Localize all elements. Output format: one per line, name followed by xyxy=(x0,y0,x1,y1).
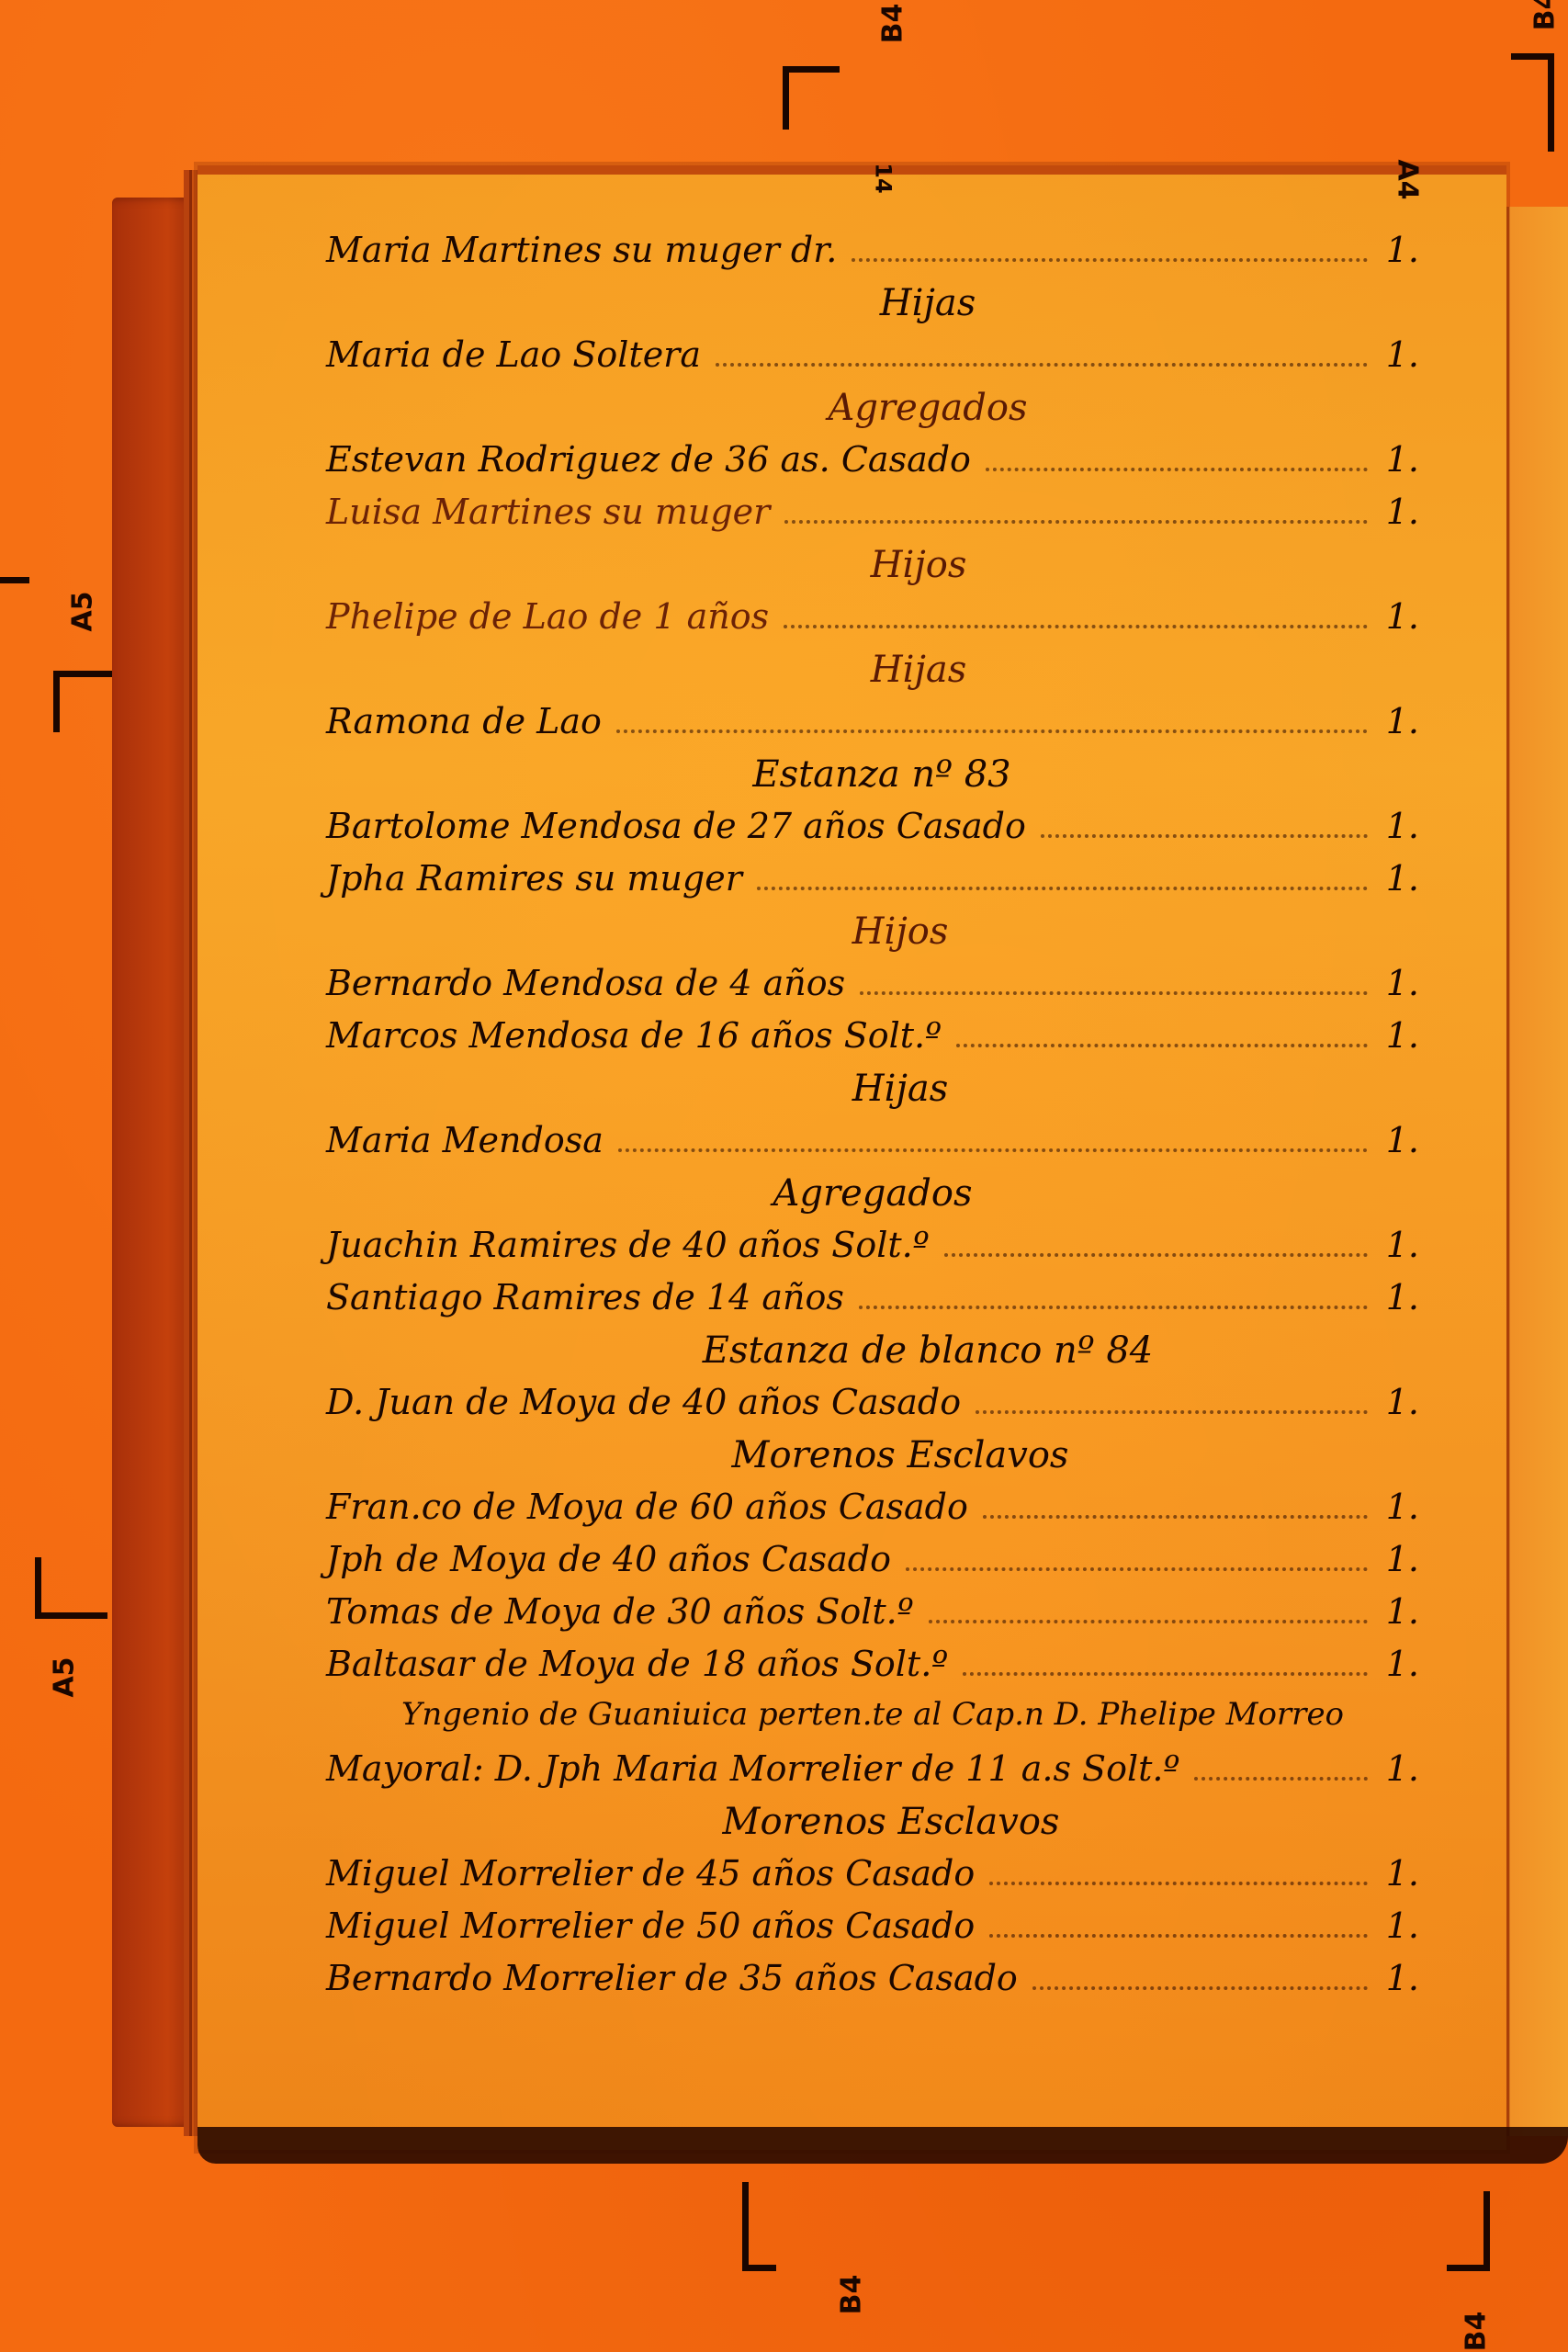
heading-text: Agregados xyxy=(718,387,1028,429)
census-entry: Marcos Mendosa de 16 años Solt.º 1. xyxy=(326,1015,1419,1068)
entry-text: Estevan Rodriguez de 36 as. Casado xyxy=(326,439,971,480)
census-entry: Estevan Rodriguez de 36 as. Casado 1. xyxy=(326,439,1419,492)
leader-dots xyxy=(989,1861,1368,1885)
entry-tally: 1. xyxy=(1382,963,1419,1003)
entry-tally: 1. xyxy=(1382,334,1419,375)
crop-mark-bottom-right xyxy=(1447,2191,1490,2271)
crop-mark-top-left xyxy=(783,66,840,130)
entry-tally: 1. xyxy=(1382,1905,1419,1946)
entry-tally: 1. xyxy=(1382,230,1419,270)
crop-mark-left-upper xyxy=(53,671,119,732)
entry-text: Maria de Lao Soltera xyxy=(326,334,701,375)
margin-label-left-upper: A5 xyxy=(67,591,99,631)
leader-dots xyxy=(989,1914,1368,1938)
heading-text: Estanza de blanco nº 84 xyxy=(592,1329,1153,1372)
entry-text: Jpha Ramires su muger xyxy=(326,858,742,899)
entry-tally: 1. xyxy=(1382,1644,1419,1684)
crop-mark-left-upper-tick xyxy=(0,577,29,583)
census-entries: Maria Martines su muger dr. 1. Hijas Mar… xyxy=(326,230,1419,2010)
section-heading: Hijos xyxy=(326,910,1419,963)
census-entry: Santiago Ramires de 14 años 1. xyxy=(326,1277,1419,1329)
leader-dots xyxy=(983,1495,1368,1519)
leader-dots xyxy=(618,1128,1368,1152)
leader-dots xyxy=(1041,814,1368,838)
entry-text: Miguel Morrelier de 45 años Casado xyxy=(326,1853,975,1894)
entry-text: Maria Mendosa xyxy=(326,1120,604,1160)
leader-dots xyxy=(956,1023,1368,1047)
margin-label-top-right: B4 xyxy=(1529,0,1561,30)
facing-page-edge xyxy=(1506,207,1568,2136)
census-entry: Bernardo Morrelier de 35 años Casado 1. xyxy=(326,1958,1419,2010)
entry-tally: 1. xyxy=(1382,1120,1419,1160)
entry-tally: 1. xyxy=(1382,1382,1419,1422)
leader-dots xyxy=(716,343,1368,367)
census-entry: Ramona de Lao 1. xyxy=(326,701,1419,753)
entry-text: Ramona de Lao xyxy=(326,701,602,741)
census-entry: Jpha Ramires su muger 1. xyxy=(326,858,1419,910)
entry-text: Bernardo Morrelier de 35 años Casado xyxy=(326,1958,1018,1998)
census-entry: Miguel Morrelier de 45 años Casado 1. xyxy=(326,1853,1419,1905)
entry-text: Bernardo Mendosa de 4 años xyxy=(326,963,845,1003)
margin-label-top-left: B4 xyxy=(876,4,908,44)
entry-tally: 1. xyxy=(1382,806,1419,846)
leader-dots xyxy=(784,500,1368,524)
entry-tally: 1. xyxy=(1382,1225,1419,1265)
heading-text: Morenos Esclavos xyxy=(677,1434,1069,1476)
census-entry: Bartolome Mendosa de 27 años Casado 1. xyxy=(326,806,1419,858)
heading-text: Hijas xyxy=(797,1068,948,1110)
entry-tally: 1. xyxy=(1382,1853,1419,1894)
heading-text: Hijas xyxy=(779,649,966,691)
entry-tally: 1. xyxy=(1382,1591,1419,1632)
section-heading: Morenos Esclavos xyxy=(326,1801,1419,1853)
section-heading: Agregados xyxy=(326,1172,1419,1225)
entry-text: Baltasar de Moya de 18 años Solt.º xyxy=(326,1644,948,1684)
heading-text: Hijas xyxy=(770,282,976,324)
entry-text: Juachin Ramires de 40 años Solt.º xyxy=(326,1225,930,1265)
heading-text: Hijos xyxy=(797,910,949,953)
entry-tally: 1. xyxy=(1382,596,1419,637)
margin-label-bottom-right: B4 xyxy=(1460,2312,1492,2352)
census-entry: Maria de Lao Soltera 1. xyxy=(326,334,1419,387)
entry-text: Santiago Ramires de 14 años xyxy=(326,1277,844,1317)
entry-tally: 1. xyxy=(1382,492,1419,532)
entry-text: Marcos Mendosa de 16 años Solt.º xyxy=(326,1015,942,1056)
census-entry: Luisa Martines su muger 1. xyxy=(326,492,1419,544)
entry-text: Bartolome Mendosa de 27 años Casado xyxy=(326,806,1026,846)
margin-label-left-lower: A5 xyxy=(49,1657,81,1697)
page-corner-number-left: 14 xyxy=(871,163,897,193)
leader-dots xyxy=(906,1547,1368,1571)
entry-tally: 1. xyxy=(1382,858,1419,899)
section-heading: Estanza de blanco nº 84 xyxy=(326,1329,1419,1382)
census-entry: Mayoral: D. Jph Maria Morrelier de 11 a.… xyxy=(326,1748,1419,1801)
page-shadow-bottom xyxy=(197,2127,1568,2164)
entry-tally: 1. xyxy=(1382,439,1419,480)
entry-text: Tomas de Moya de 30 años Solt.º xyxy=(326,1591,914,1632)
page-corner-number-right: A4 xyxy=(1392,159,1424,199)
entry-text: Phelipe de Lao de 1 años xyxy=(326,596,769,637)
entry-tally: 1. xyxy=(1382,1748,1419,1789)
leader-dots xyxy=(1194,1757,1368,1781)
entry-tally: 1. xyxy=(1382,701,1419,741)
leader-dots xyxy=(852,238,1368,262)
section-heading: Morenos Esclavos xyxy=(326,1434,1419,1487)
census-entry: D. Juan de Moya de 40 años Casado 1. xyxy=(326,1382,1419,1434)
section-heading: Estanza nº 83 xyxy=(326,753,1419,806)
heading-text: Yngenio de Guaniuica perten.te al Cap.n … xyxy=(401,1696,1344,1733)
entry-tally: 1. xyxy=(1382,1539,1419,1579)
leader-dots xyxy=(616,709,1368,733)
crop-mark-left-lower xyxy=(35,1557,107,1619)
leader-dots xyxy=(986,447,1368,471)
heading-text: Estanza nº 83 xyxy=(734,753,1010,796)
census-entry: Maria Mendosa 1. xyxy=(326,1120,1419,1172)
census-entry: Tomas de Moya de 30 años Solt.º 1. xyxy=(326,1591,1419,1644)
census-entry: Baltasar de Moya de 18 años Solt.º 1. xyxy=(326,1644,1419,1696)
census-entry: Phelipe de Lao de 1 años 1. xyxy=(326,596,1419,649)
census-entry: Bernardo Mendosa de 4 años 1. xyxy=(326,963,1419,1015)
heading-text: Hijos xyxy=(779,544,967,586)
leader-dots xyxy=(929,1600,1368,1623)
section-heading: Agregados xyxy=(326,387,1419,439)
entry-tally: 1. xyxy=(1382,1015,1419,1056)
entry-tally: 1. xyxy=(1382,1277,1419,1317)
census-entry: Miguel Morrelier de 50 años Casado 1. xyxy=(326,1905,1419,1958)
section-heading: Hijas xyxy=(326,649,1419,701)
margin-label-bottom-left: B4 xyxy=(835,2275,867,2315)
section-heading: Hijas xyxy=(326,282,1419,334)
entry-text: Jph de Moya de 40 años Casado xyxy=(326,1539,891,1579)
leader-dots xyxy=(859,1285,1368,1309)
entry-text: Miguel Morrelier de 50 años Casado xyxy=(326,1905,975,1946)
leader-dots xyxy=(963,1652,1368,1676)
leader-dots xyxy=(1032,1966,1368,1990)
entry-text: Luisa Martines su muger xyxy=(326,492,770,532)
leader-dots xyxy=(944,1233,1368,1257)
leader-dots xyxy=(784,605,1368,628)
section-heading: Yngenio de Guaniuica perten.te al Cap.n … xyxy=(326,1696,1419,1748)
entry-tally: 1. xyxy=(1382,1958,1419,1998)
section-heading: Hijos xyxy=(326,544,1419,596)
census-entry: Fran.co de Moya de 60 años Casado 1. xyxy=(326,1487,1419,1539)
leader-dots xyxy=(976,1390,1368,1414)
crop-mark-top-right xyxy=(1511,53,1554,152)
heading-text: Morenos Esclavos xyxy=(686,1801,1060,1843)
leader-dots xyxy=(757,866,1368,890)
section-heading: Hijas xyxy=(326,1068,1419,1120)
leader-dots xyxy=(860,971,1368,995)
entry-text: Fran.co de Moya de 60 años Casado xyxy=(326,1487,968,1527)
census-entry: Juachin Ramires de 40 años Solt.º 1. xyxy=(326,1225,1419,1277)
entry-text: Mayoral: D. Jph Maria Morrelier de 11 a.… xyxy=(326,1748,1179,1789)
census-entry: Maria Martines su muger dr. 1. xyxy=(326,230,1419,282)
heading-text: Agregados xyxy=(773,1172,973,1215)
entry-text: Maria Martines su muger dr. xyxy=(326,230,837,270)
entry-text: D. Juan de Moya de 40 años Casado xyxy=(326,1382,961,1422)
crop-mark-bottom-left xyxy=(742,2182,776,2271)
census-entry: Jph de Moya de 40 años Casado 1. xyxy=(326,1539,1419,1591)
entry-tally: 1. xyxy=(1382,1487,1419,1527)
